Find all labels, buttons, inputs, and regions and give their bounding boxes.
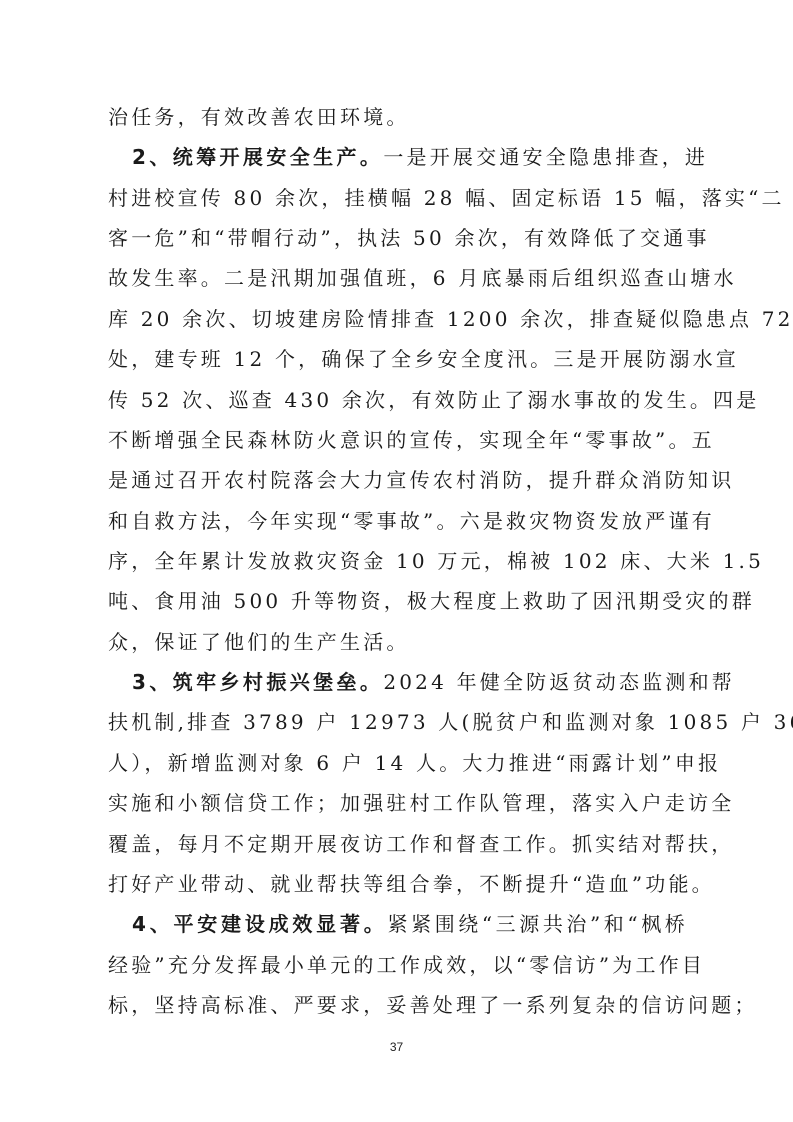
body-text: 和自救方法，今年实现“零事故”。六是救灾物资发放严谨有 xyxy=(108,509,715,533)
paragraph-line: 扶机制,排查 3789 户 12973 人(脱贫户和监测对象 1085 户 36… xyxy=(108,707,688,737)
paragraph-line: 治任务，有效改善农田环境。 xyxy=(108,102,688,132)
body-text: 众，保证了他们的生产生活。 xyxy=(108,630,410,654)
body-text: 处，建专班 12 个，确保了全乡安全度汛。三是开展防溺水宣 xyxy=(108,347,739,371)
body-text: 一是开展交通安全隐患排查，进 xyxy=(383,145,708,169)
section-heading-line: 2、统筹开展安全生产。一是开展交通安全隐患排查，进 xyxy=(132,142,688,172)
body-text: 扶机制,排查 3789 户 12973 人(脱贫户和监测对象 1085 户 36… xyxy=(108,710,793,734)
section-heading: 2、统筹开展安全生产。 xyxy=(132,145,383,169)
document-page: 治任务，有效改善农田环境。 2、统筹开展安全生产。一是开展交通安全隐患排查，进 … xyxy=(0,0,793,1122)
paragraph-line: 不断增强全民森林防火意识的宣传，实现全年“零事故”。五 xyxy=(108,425,688,455)
body-text: 紧紧围绕“三源共治”和“枫桥 xyxy=(388,912,688,936)
paragraph-line: 众，保证了他们的生产生活。 xyxy=(108,627,688,657)
body-text: 序，全年累计发放救灾资金 10 万元，棉被 102 床、大米 1.5 xyxy=(108,549,764,573)
paragraph-line: 打好产业带动、就业帮扶等组合拳，不断提升“造血”功能。 xyxy=(108,869,688,899)
section-heading: 4、平安建设成效显著。 xyxy=(132,912,388,936)
paragraph-line: 客一危”和“带帽行动”，执法 50 余次，有效降低了交通事 xyxy=(108,223,688,253)
body-text: 实施和小额信贷工作；加强驻村工作队管理，落实入户走访全 xyxy=(108,791,734,815)
body-text: 传 52 次、巡查 430 余次，有效防止了溺水事故的发生。四是 xyxy=(108,388,759,412)
paragraph-line: 是通过召开农村院落会大力宣传农村消防，提升群众消防知识 xyxy=(108,465,688,495)
body-text: 人），新增监测对象 6 户 14 人。大力推进“雨露计划”申报 xyxy=(108,751,721,775)
paragraph-line: 处，建专班 12 个，确保了全乡安全度汛。三是开展防溺水宣 xyxy=(108,344,688,374)
body-text: 是通过召开农村院落会大力宣传农村消防，提升群众消防知识 xyxy=(108,468,734,492)
paragraph-line: 人），新增监测对象 6 户 14 人。大力推进“雨露计划”申报 xyxy=(108,748,688,778)
paragraph-line: 村进校宣传 80 余次，挂横幅 28 幅、固定标语 15 幅，落实“二 xyxy=(108,183,688,213)
paragraph-line: 传 52 次、巡查 430 余次，有效防止了溺水事故的发生。四是 xyxy=(108,385,688,415)
paragraph-line: 实施和小额信贷工作；加强驻村工作队管理，落实入户走访全 xyxy=(108,788,688,818)
body-text: 覆盖，每月不定期开展夜访工作和督查工作。抓实结对帮扶， xyxy=(108,832,734,856)
body-text: 标，坚持高标准、严要求，妥善处理了一系列复杂的信访问题； xyxy=(108,993,758,1017)
paragraph-line: 覆盖，每月不定期开展夜访工作和督查工作。抓实结对帮扶， xyxy=(108,829,688,859)
body-text: 不断增强全民森林防火意识的宣传，实现全年“零事故”。五 xyxy=(108,428,715,452)
paragraph-line: 标，坚持高标准、严要求，妥善处理了一系列复杂的信访问题； xyxy=(108,990,688,1020)
body-text: 村进校宣传 80 余次，挂横幅 28 幅、固定标语 15 幅，落实“二 xyxy=(108,186,785,210)
paragraph-line: 经验”充分发挥最小单元的工作成效，以“零信访”为工作目 xyxy=(108,950,688,980)
body-text: 治任务，有效改善农田环境。 xyxy=(108,105,410,129)
paragraph-line: 和自救方法，今年实现“零事故”。六是救灾物资发放严谨有 xyxy=(108,506,688,536)
paragraph-line: 库 20 余次、切坡建房险情排查 1200 余次，排查疑似隐患点 72 xyxy=(108,304,688,334)
page-number: 37 xyxy=(0,1040,793,1054)
section-heading-line: 3、筑牢乡村振兴堡垒。2024 年健全防返贫动态监测和帮 xyxy=(132,667,688,697)
body-text: 客一危”和“带帽行动”，执法 50 余次，有效降低了交通事 xyxy=(108,226,710,250)
section-heading-line: 4、平安建设成效显著。紧紧围绕“三源共治”和“枫桥 xyxy=(132,909,688,939)
body-text: 2024 年健全防返贫动态监测和帮 xyxy=(383,670,735,694)
body-text: 打好产业带动、就业帮扶等组合拳，不断提升“造血”功能。 xyxy=(108,872,715,896)
section-heading: 3、筑牢乡村振兴堡垒。 xyxy=(132,670,383,694)
body-text: 故发生率。二是汛期加强值班，6 月底暴雨后组织巡查山塘水 xyxy=(108,266,737,290)
paragraph-line: 序，全年累计发放救灾资金 10 万元，棉被 102 床、大米 1.5 xyxy=(108,546,688,576)
paragraph-line: 吨、食用油 500 升等物资，极大程度上救助了因汛期受灾的群 xyxy=(108,586,688,616)
body-text: 经验”充分发挥最小单元的工作成效，以“零信访”为工作目 xyxy=(108,953,705,977)
paragraph-line: 故发生率。二是汛期加强值班，6 月底暴雨后组织巡查山塘水 xyxy=(108,263,688,293)
body-text: 吨、食用油 500 升等物资，极大程度上救助了因汛期受灾的群 xyxy=(108,589,755,613)
body-text: 库 20 余次、切坡建房险情排查 1200 余次，排查疑似隐患点 72 xyxy=(108,307,793,331)
